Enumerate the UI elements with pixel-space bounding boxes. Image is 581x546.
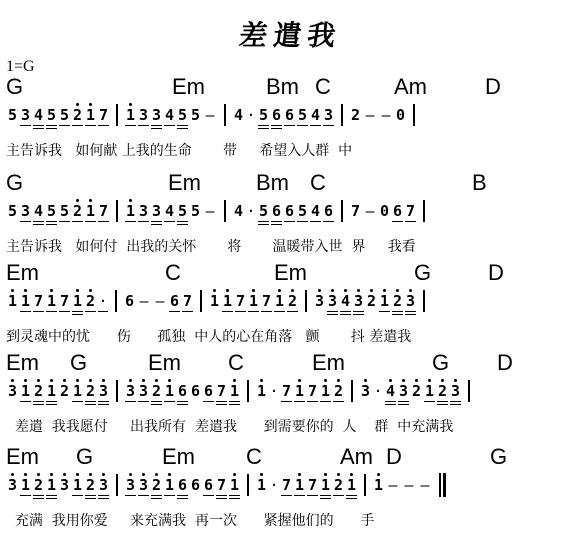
barline (364, 474, 366, 496)
chord-symbol: C (165, 262, 181, 284)
underline-eighth (182, 311, 193, 312)
underline-eighth (59, 221, 70, 222)
high-octave-dot (24, 473, 27, 476)
chord-symbol: Em (168, 172, 201, 194)
barline (423, 200, 425, 222)
underline-eighth (151, 495, 162, 496)
underline-sixteenth (151, 404, 162, 405)
underline-sixteenth (450, 404, 461, 405)
underline-eighth (33, 495, 44, 496)
notation-line: 53455217133455–4·5665467–067 (6, 196, 431, 226)
high-octave-dot (291, 289, 294, 292)
underline-eighth (271, 221, 282, 222)
underline-sixteenth (151, 224, 162, 225)
notation-line: 53455217133455–4·5665432––0 (6, 100, 421, 130)
underline-eighth (85, 495, 96, 496)
underline-sixteenth (177, 224, 188, 225)
lyrics-line: 到灵魂中的忧 伤 孤独 中人的心在角落 颤 抖 差遣我 (6, 326, 411, 346)
high-octave-dot (76, 289, 79, 292)
augmentation-dot: · (97, 286, 109, 316)
chord-symbol: Em (274, 262, 307, 284)
underline-eighth (20, 311, 31, 312)
underline-eighth (235, 311, 246, 312)
note: 6 (283, 196, 296, 226)
lyrics-line: 主告诉我 如何付 出我的关怀 将 温暖带入世 界 我看 (6, 236, 416, 256)
underline-sixteenth (216, 498, 227, 499)
note: 3 (313, 286, 326, 316)
high-octave-dot (89, 199, 92, 202)
barline (116, 380, 118, 402)
chord-symbol: Em (172, 76, 205, 98)
note: 5 (6, 100, 19, 130)
note: 7 (306, 376, 319, 406)
underline-eighth (333, 495, 344, 496)
high-octave-dot (129, 473, 132, 476)
underline-eighth (72, 125, 83, 126)
underline-eighth (164, 495, 175, 496)
note: 3 (137, 470, 150, 500)
underline-eighth (98, 125, 109, 126)
note: 7 (260, 286, 273, 316)
underline-eighth (392, 221, 403, 222)
note: 7 (97, 100, 110, 130)
high-octave-dot (76, 379, 79, 382)
note: 1 (378, 286, 391, 316)
note: 7 (32, 286, 45, 316)
note: 7 (215, 470, 228, 500)
note: 4 (163, 196, 176, 226)
underline-sixteenth (229, 498, 240, 499)
chord-symbol: Am (394, 76, 427, 98)
note: 2 (150, 470, 163, 500)
chord-symbol: C (228, 352, 244, 374)
chord-symbol: G (414, 262, 431, 284)
sustain-dash: – (202, 196, 218, 226)
chord-symbol: G (490, 446, 507, 468)
note: 5 (45, 196, 58, 226)
high-octave-dot (102, 379, 105, 382)
note: 3 (6, 470, 19, 500)
high-octave-dot (298, 473, 301, 476)
high-octave-dot (37, 379, 40, 382)
underline-sixteenth (258, 224, 269, 225)
high-octave-dot (344, 289, 347, 292)
underline-eighth (59, 125, 70, 126)
high-octave-dot (76, 199, 79, 202)
underline-eighth (85, 401, 96, 402)
augmentation-dot: · (245, 100, 257, 130)
high-octave-dot (331, 289, 334, 292)
note: 1 (19, 286, 32, 316)
underline-eighth (323, 221, 334, 222)
barline (468, 380, 470, 402)
sustain-dash: – (378, 100, 394, 130)
high-octave-dot (89, 289, 92, 292)
note: 2 (84, 470, 97, 500)
underline-sixteenth (327, 314, 338, 315)
rest: 0 (378, 196, 391, 226)
underline-eighth (294, 495, 305, 496)
underline-sixteenth (98, 498, 109, 499)
note: 7 (234, 286, 247, 316)
high-octave-dot (24, 379, 27, 382)
note: 1 (19, 470, 32, 500)
high-octave-dot (76, 103, 79, 106)
underline-eighth (59, 311, 70, 312)
augmentation-dot: · (372, 376, 384, 406)
high-octave-dot (168, 473, 171, 476)
note: 2 (32, 376, 45, 406)
underline-eighth (281, 401, 292, 402)
underline-eighth (248, 311, 259, 312)
chord-symbol: Em (312, 352, 345, 374)
note: 7 (306, 470, 319, 500)
lyrics-line: 充满 我用你爱 来充满我 再一次 紧握他们的 手 (6, 510, 374, 530)
note: 3 (150, 196, 163, 226)
note: 3 (352, 286, 365, 316)
underline-eighth (125, 401, 136, 402)
underline-sixteenth (271, 224, 282, 225)
note: 1 (124, 196, 137, 226)
note: 7 (404, 196, 417, 226)
note: 5 (176, 196, 189, 226)
high-octave-dot (50, 289, 53, 292)
sustain-dash: – (202, 100, 218, 130)
high-octave-dot (389, 379, 392, 382)
underline-eighth (98, 401, 109, 402)
underline-sixteenth (398, 404, 409, 405)
high-octave-dot (142, 379, 145, 382)
high-octave-dot (37, 473, 40, 476)
underline-eighth (216, 401, 227, 402)
underline-sixteenth (46, 498, 57, 499)
note: 3 (6, 376, 19, 406)
underline-eighth (169, 311, 180, 312)
note: 6 (270, 100, 283, 130)
barline (116, 474, 118, 496)
note: 2 (332, 376, 345, 406)
high-octave-dot (63, 379, 66, 382)
chord-symbol: G (76, 446, 93, 468)
underline-sixteenth (33, 224, 44, 225)
barline (116, 104, 118, 126)
high-octave-dot (441, 379, 444, 382)
notation-line: 312121233321666711·717123·432123 (6, 376, 476, 406)
note: 3 (137, 100, 150, 130)
sustain-dash: – (136, 286, 152, 316)
barline (200, 290, 202, 312)
note: 5 (176, 100, 189, 130)
high-octave-dot (155, 379, 158, 382)
high-octave-dot (63, 473, 66, 476)
barline (341, 104, 343, 126)
note: 1 (84, 196, 97, 226)
underline-eighth (229, 401, 240, 402)
underline-sixteenth (216, 404, 227, 405)
chord-symbol: G (6, 76, 23, 98)
score-line: EmCEmGD1171712·6––67117171233432123到灵魂中的… (0, 262, 581, 354)
notation-line: 312131233321666711·7171211––– (6, 470, 450, 500)
high-octave-dot (142, 473, 145, 476)
note: 1 (228, 376, 241, 406)
lyrics-line: 差遣 我我愿付 出我所有 差遣我 到需要你的 人 群 中充满我 (6, 416, 453, 436)
note: 7 (58, 286, 71, 316)
underline-eighth (258, 221, 269, 222)
underline-eighth (125, 125, 136, 126)
high-octave-dot (324, 379, 327, 382)
high-octave-dot (383, 289, 386, 292)
underline-eighth (46, 221, 57, 222)
note: 3 (359, 376, 372, 406)
high-octave-dot (129, 379, 132, 382)
underline-eighth (385, 401, 396, 402)
underline-eighth (164, 221, 175, 222)
note: 3 (449, 376, 462, 406)
note: 1 (228, 470, 241, 500)
underline-eighth (450, 401, 461, 402)
underline-eighth (177, 495, 188, 496)
high-octave-dot (50, 379, 53, 382)
note: 3 (326, 286, 339, 316)
underline-eighth (203, 401, 214, 402)
underline-eighth (353, 311, 364, 312)
underline-eighth (46, 401, 57, 402)
underline-eighth (405, 221, 416, 222)
note: 4 (32, 100, 45, 130)
underline-sixteenth (46, 404, 57, 405)
underline-eighth (72, 221, 83, 222)
note: 4 (384, 376, 397, 406)
high-octave-dot (415, 379, 418, 382)
underline-sixteenth (85, 404, 96, 405)
note: 2 (410, 376, 423, 406)
underline-eighth (177, 221, 188, 222)
chord-symbol: Em (148, 352, 181, 374)
note: 3 (58, 470, 71, 500)
note: 1 (221, 286, 234, 316)
note: 5 (6, 196, 19, 226)
barline (341, 200, 343, 222)
note: 1 (84, 100, 97, 130)
underline-eighth (125, 495, 136, 496)
underline-eighth (333, 401, 344, 402)
note: 2 (84, 286, 97, 316)
high-octave-dot (129, 199, 132, 202)
underline-eighth (307, 495, 318, 496)
note: 3 (19, 196, 32, 226)
note: 7 (181, 286, 194, 316)
notation-line: 1171712·6––67117171233432123 (6, 286, 431, 316)
note: 6 (202, 376, 215, 406)
underline-sixteenth (258, 128, 269, 129)
note: 1 (163, 470, 176, 500)
note: 1 (293, 470, 306, 500)
sustain-dash: – (362, 100, 378, 130)
underline-eighth (346, 495, 357, 496)
note: 2 (436, 376, 449, 406)
high-octave-dot (11, 379, 14, 382)
high-octave-dot (129, 103, 132, 106)
barline (423, 290, 425, 312)
underline-sixteenth (46, 128, 57, 129)
note: 3 (97, 470, 110, 500)
underline-eighth (405, 311, 416, 312)
underline-eighth (33, 125, 44, 126)
sustain-dash: – (417, 470, 433, 500)
sustain-dash: – (401, 470, 417, 500)
high-octave-dot (324, 473, 327, 476)
underline-sixteenth (392, 314, 403, 315)
note: 4 (232, 196, 245, 226)
high-octave-dot (260, 379, 263, 382)
note: 6 (189, 470, 202, 500)
note: 7 (215, 376, 228, 406)
chord-symbol: Am (340, 446, 373, 468)
underline-eighth (320, 495, 331, 496)
chord-symbol: C (246, 446, 262, 468)
note: 1 (45, 470, 58, 500)
note: 1 (19, 376, 32, 406)
underline-eighth (229, 495, 240, 496)
high-octave-dot (213, 289, 216, 292)
note: 6 (270, 196, 283, 226)
note: 1 (124, 100, 137, 130)
note: 5 (189, 100, 202, 130)
note: 7 (280, 376, 293, 406)
underline-sixteenth (437, 404, 448, 405)
underline-eighth (20, 125, 31, 126)
note: 3 (137, 376, 150, 406)
underline-eighth (138, 221, 149, 222)
underline-eighth (284, 125, 295, 126)
underline-eighth (340, 311, 351, 312)
underline-eighth (33, 311, 44, 312)
underline-eighth (294, 401, 305, 402)
underline-eighth (85, 125, 96, 126)
song-title: 差遣我 (0, 14, 581, 54)
note: 6 (123, 286, 136, 316)
sustain-dash: – (362, 196, 378, 226)
note: 4 (309, 100, 322, 130)
note: 5 (296, 196, 309, 226)
underline-sixteenth (340, 314, 351, 315)
note: 6 (322, 196, 335, 226)
underline-eighth (310, 221, 321, 222)
underline-eighth (437, 401, 448, 402)
high-octave-dot (102, 473, 105, 476)
chord-symbol: Em (162, 446, 195, 468)
note: 7 (349, 196, 362, 226)
high-octave-dot (252, 289, 255, 292)
underline-eighth (320, 401, 331, 402)
underline-eighth (164, 401, 175, 402)
underline-sixteenth (346, 498, 357, 499)
note: 6 (176, 376, 189, 406)
underline-eighth (72, 401, 83, 402)
underline-eighth (125, 221, 136, 222)
note: 3 (397, 376, 410, 406)
underline-sixteenth (151, 128, 162, 129)
underline-eighth (98, 495, 109, 496)
high-octave-dot (24, 289, 27, 292)
note: 4 (232, 100, 245, 130)
high-octave-dot (11, 473, 14, 476)
note: 3 (124, 470, 137, 500)
underline-eighth (392, 311, 403, 312)
underline-eighth (271, 125, 282, 126)
high-octave-dot (278, 289, 281, 292)
note: 1 (273, 286, 286, 316)
note: 3 (19, 100, 32, 130)
underline-eighth (307, 401, 318, 402)
underline-eighth (274, 311, 285, 312)
underline-sixteenth (85, 498, 96, 499)
note: 1 (255, 470, 268, 500)
underline-eighth (297, 221, 308, 222)
note: 1 (319, 376, 332, 406)
score-line: EmGEmCEmGD312121233321666711·717123·4321… (0, 352, 581, 444)
augmentation-dot: · (268, 376, 280, 406)
high-octave-dot (89, 103, 92, 106)
underline-sixteenth (177, 404, 188, 405)
underline-sixteenth (353, 314, 364, 315)
underline-sixteenth (98, 404, 109, 405)
note: 2 (365, 286, 378, 316)
note: 1 (423, 376, 436, 406)
final-barline (439, 473, 446, 497)
high-octave-dot (454, 379, 457, 382)
underline-sixteenth (177, 128, 188, 129)
underline-eighth (138, 401, 149, 402)
high-octave-dot (337, 473, 340, 476)
score-line: GEmBmCAmD53455217133455–4·5665432––0主告诉我… (0, 76, 581, 168)
chord-symbol: G (6, 172, 23, 194)
chord-symbol: D (485, 76, 501, 98)
note: 7 (97, 196, 110, 226)
underline-eighth (72, 311, 83, 312)
underline-eighth (20, 401, 31, 402)
underline-eighth (216, 495, 227, 496)
sustain-dash: – (385, 470, 401, 500)
underline-eighth (177, 401, 188, 402)
rest: 0 (394, 100, 407, 130)
underline-eighth (98, 221, 109, 222)
note: 6 (391, 196, 404, 226)
note: 1 (45, 286, 58, 316)
note: 5 (257, 196, 270, 226)
underline-eighth (85, 311, 96, 312)
high-octave-dot (428, 379, 431, 382)
underline-sixteenth (33, 498, 44, 499)
underline-sixteenth (229, 404, 240, 405)
note: 4 (339, 286, 352, 316)
underline-eighth (281, 495, 292, 496)
high-octave-dot (357, 289, 360, 292)
underline-eighth (138, 125, 149, 126)
chord-symbol: D (386, 446, 402, 468)
underline-eighth (424, 401, 435, 402)
underline-eighth (33, 401, 44, 402)
note: 3 (150, 100, 163, 130)
chord-symbol: D (488, 262, 504, 284)
note: 1 (293, 376, 306, 406)
barline (224, 200, 226, 222)
underline-eighth (20, 221, 31, 222)
barline (247, 380, 249, 402)
chord-symbol: D (497, 352, 513, 374)
underline-eighth (138, 495, 149, 496)
chord-symbol: Bm (266, 76, 299, 98)
